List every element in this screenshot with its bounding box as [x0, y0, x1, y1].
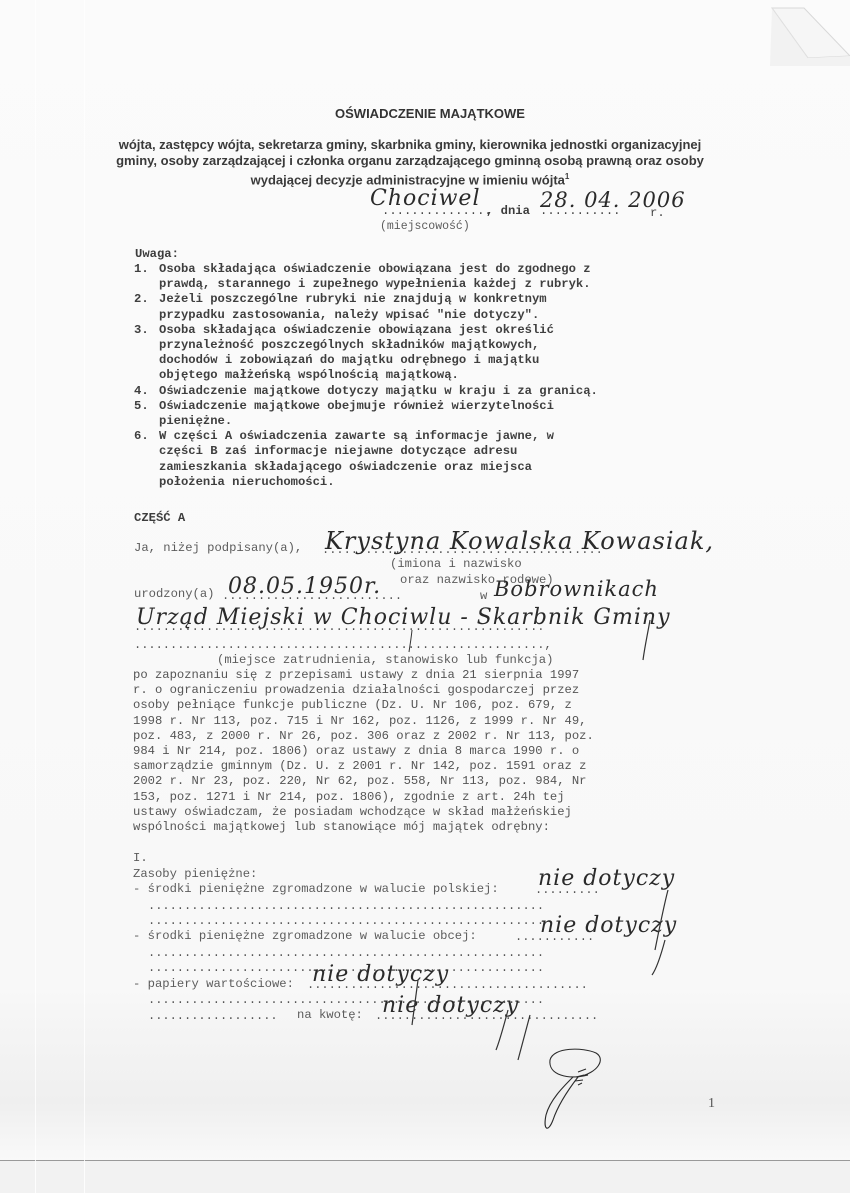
page-number: 1	[708, 1096, 715, 1112]
handwriting-strokes	[0, 0, 850, 1193]
signature-icon	[538, 1045, 618, 1135]
